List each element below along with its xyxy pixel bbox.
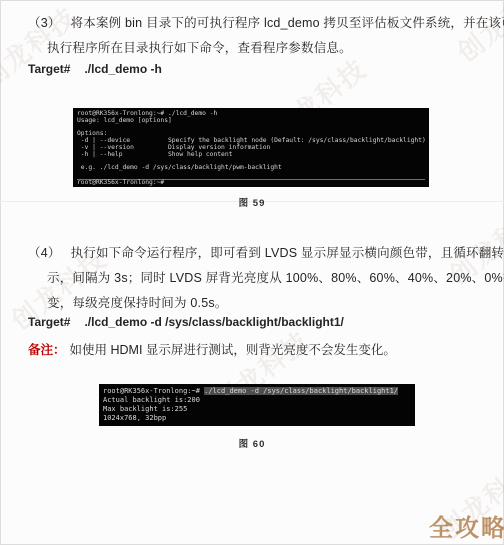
figure-caption-59: 图 59 xyxy=(0,195,504,209)
terminal-prompt-line: root@RK356x-Tronlong:~# xyxy=(77,179,425,187)
terminal-line: -h | --help Show help content xyxy=(77,152,425,159)
note-text: 如使用 HDMI 显示屏进行测试，则背光亮度不会发生变化。 xyxy=(70,343,396,357)
target-command-text: ./lcd_demo -h xyxy=(84,62,161,76)
gold-watermark: 全攻略 xyxy=(429,508,504,543)
target-command-text: ./lcd_demo -d /sys/class/backlight/backl… xyxy=(84,315,343,329)
target-label: Target# xyxy=(28,315,70,329)
paragraph-4-marker: （4） xyxy=(28,246,61,260)
terminal-line: Usage: lcd_demo [options] xyxy=(77,118,425,125)
terminal-line: Max backlight is:255 xyxy=(103,405,411,414)
paragraph-4-text: 执行如下命令运行程序，即可看到 LVDS 显示屏显示横向颜色带，且循环翻转显 xyxy=(71,246,504,260)
diagonal-watermark: 创龙科技 xyxy=(448,0,504,70)
terminal-line xyxy=(77,172,425,179)
note-row: 备注：如使用 HDMI 显示屏进行测试，则背光亮度不会发生变化。 xyxy=(28,340,396,358)
terminal-screenshot-1: root@RK356x-Tronlong:~# ./lcd_demo -h Us… xyxy=(73,108,429,187)
note-label: 备注： xyxy=(28,343,66,357)
paragraph-4-line-2: 示，间隔为 3s；同时 LVDS 屏背光亮度从 100%、80%、60%、40%… xyxy=(47,268,504,286)
terminal-line: 1024x768, 32bpp xyxy=(103,414,411,423)
document-page: 创龙科技 创龙科技 创龙科技 创龙科技 创龙科技 创龙科技 创龙科技 （3）将本… xyxy=(0,0,504,545)
terminal-line: Actual backlight is:200 xyxy=(103,396,411,405)
paragraph-3-line-2: 执行程序所在目录执行如下命令，查看程序参数信息。 xyxy=(47,38,352,56)
terminal-command-line: root@RK356x-Tronlong:~# ./lcd_demo -d /s… xyxy=(103,387,411,396)
paragraph-3-marker: （3） xyxy=(28,16,61,30)
terminal-line: e.g. ./lcd_demo -d /sys/class/backlight/… xyxy=(77,165,425,172)
highlighted-command: ./lcd_demo -d /sys/class/backlight/backl… xyxy=(204,387,398,395)
terminal-screenshot-2: root@RK356x-Tronlong:~# ./lcd_demo -d /s… xyxy=(99,384,415,426)
terminal-prompt: root@RK356x-Tronlong:~# xyxy=(103,387,204,395)
figure-caption-60: 图 60 xyxy=(0,436,504,450)
terminal-line xyxy=(77,125,425,132)
target-label: Target# xyxy=(28,62,70,76)
paragraph-4-line-3: 变，每级亮度保持时间为 0.5s。 xyxy=(47,293,228,311)
paragraph-3-text: 将本案例 bin 目录下的可执行程序 lcd_demo 拷贝至评估板文件系统，并… xyxy=(71,16,504,30)
paragraph-4-line-1: （4）执行如下命令运行程序，即可看到 LVDS 显示屏显示横向颜色带，且循环翻转… xyxy=(28,243,504,261)
target-command-2: Target# ./lcd_demo -d /sys/class/backlig… xyxy=(28,315,344,329)
paragraph-3-line-1: （3）将本案例 bin 目录下的可执行程序 lcd_demo 拷贝至评估板文件系… xyxy=(28,13,504,31)
target-command-1: Target# ./lcd_demo -h xyxy=(28,62,162,76)
